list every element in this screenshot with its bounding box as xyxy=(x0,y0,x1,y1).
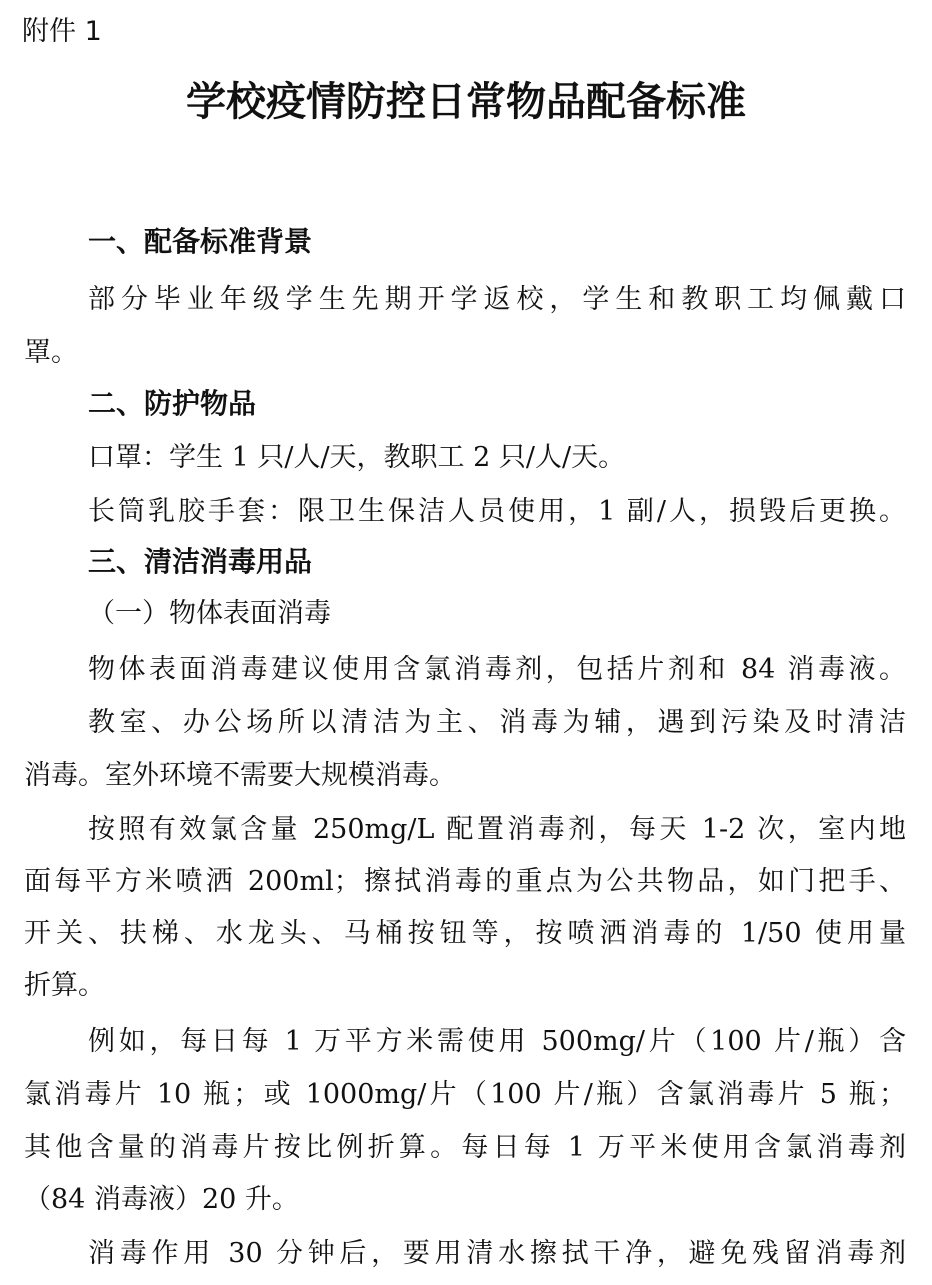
paragraph-line: 折算。 xyxy=(24,966,105,1006)
paragraph-line: 物体表面消毒建议使用含氯消毒剂，包括片剂和 84 消毒液。 xyxy=(88,650,906,690)
paragraph-line: 罩。 xyxy=(24,333,78,373)
paragraph-line: 长筒乳胶手套：限卫生保洁人员使用，1 副/人，损毁后更换。 xyxy=(88,492,906,532)
paragraph-line: 部分毕业年级学生先期开学返校，学生和教职工均佩戴口 xyxy=(88,280,906,320)
section-heading-background: 一、配备标准背景 xyxy=(88,222,312,262)
page-title: 学校疫情防控日常物品配备标准 xyxy=(0,74,932,130)
paragraph-line: 其他含量的消毒片按比例折算。每日每 1 万平米使用含氯消毒剂 xyxy=(24,1128,906,1168)
paragraph-line: 消毒作用 30 分钟后，要用清水擦拭干净，避免残留消毒剂 xyxy=(88,1234,906,1274)
paragraph-line: 消毒。室外环境不需要大规模消毒。 xyxy=(24,756,456,796)
paragraph-line: 例如，每日每 1 万平方米需使用 500mg/片（100 片/瓶）含 xyxy=(88,1022,906,1062)
paragraph-line: 口罩：学生 1 只/人/天，教职工 2 只/人/天。 xyxy=(88,438,625,478)
section-heading-cleaning-supplies: 三、清洁消毒用品 xyxy=(88,542,312,582)
paragraph-line: 教室、办公场所以清洁为主、消毒为辅，遇到污染及时清洁 xyxy=(88,703,906,743)
subsection-heading-surface-disinfection: （一）物体表面消毒 xyxy=(88,594,331,634)
section-heading-protective-items: 二、防护物品 xyxy=(88,384,256,424)
paragraph-line: 面每平方米喷洒 200ml；擦拭消毒的重点为公共物品，如门把手、 xyxy=(24,862,906,902)
paragraph-line: 开关、扶梯、水龙头、马桶按钮等，按喷洒消毒的 1/50 使用量 xyxy=(24,914,906,954)
paragraph-line: 按照有效氯含量 250mg/L 配置消毒剂，每天 1-2 次，室内地 xyxy=(88,810,906,850)
paragraph-line: 氯消毒片 10 瓶；或 1000mg/片（100 片/瓶）含氯消毒片 5 瓶； xyxy=(24,1075,906,1115)
attachment-label: 附件 1 xyxy=(22,14,102,50)
paragraph-line: （84 消毒液）20 升。 xyxy=(24,1180,299,1220)
